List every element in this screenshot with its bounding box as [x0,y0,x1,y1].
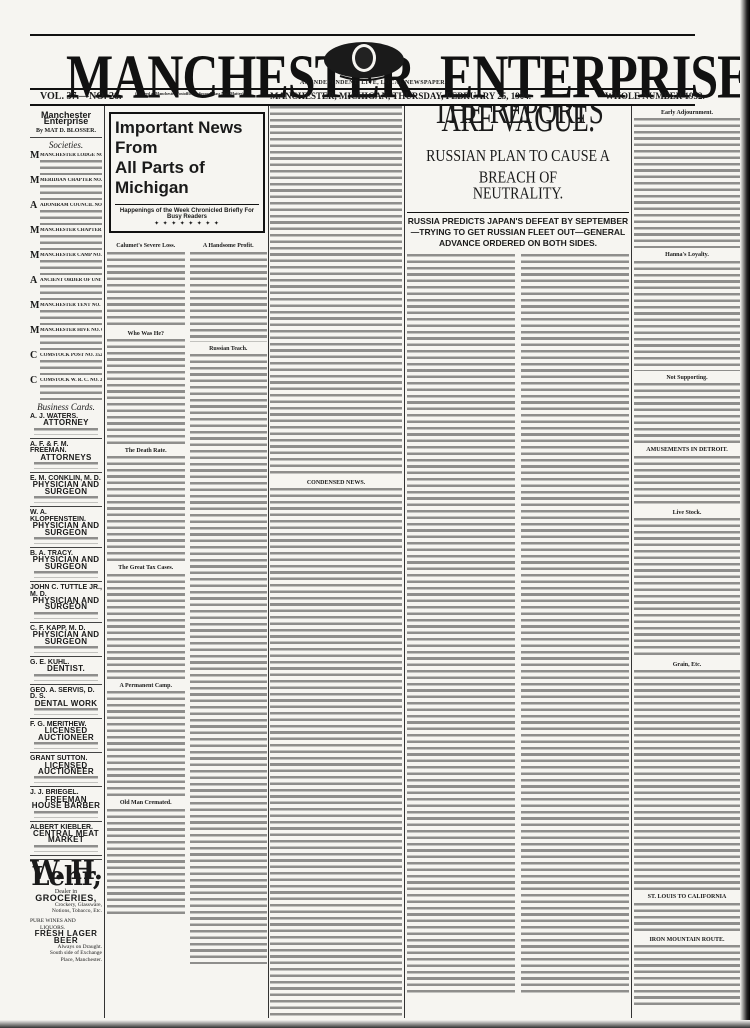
lead-deck: RUSSIA PREDICTS JAPAN'S DEFEAT BY SEPTEM… [407,212,629,249]
business-card: J. J. BRIEGEL.FREEMAN HOUSE BARBER [30,790,102,821]
article-text [634,945,740,1005]
article-text [634,383,740,443]
article-text [521,254,629,994]
society-name: ADONIRAM COUNCIL NO. 24, R. & S. M. [40,203,102,209]
column-divider [631,106,632,1018]
card-details [34,537,98,544]
article-text [270,488,402,1018]
society-details [40,310,102,325]
article-text [270,106,402,476]
michigan-news-column: Important News From All Parts of Michiga… [107,106,267,1018]
card-details [34,845,98,852]
article-text [634,118,740,248]
section-heading: IRON MOUNTAIN ROUTE. [634,937,740,943]
card-details [34,462,98,469]
society-name: COMSTOCK W. R. C. NO. 232 [40,378,102,384]
section-heading: Early Adjournment. [634,110,740,116]
page-edge-shadow [0,1020,750,1028]
society-listing: CCOMSTOCK W. R. C. NO. 232 [30,378,102,400]
section-heading: The Great Tax Cases. [107,565,185,571]
section-heading: A Handsome Profit. [190,243,268,249]
state-seal-icon [320,38,408,84]
card-details [34,612,98,619]
card-profession: DENTIST. [30,666,102,672]
section-heading: Who Was He? [107,331,185,337]
section-heading: Russian Teach. [190,346,268,352]
card-profession: PHYSICIAN AND SURGEON [30,557,102,570]
society-initial: M [30,303,39,309]
business-card: W. A. KLOPFENSTEIN.PHYSICIAN AND SURGEON [30,510,102,548]
society-details [40,160,102,175]
society-initial: M [30,178,39,184]
card-profession: PHYSICIAN AND SURGEON [30,523,102,536]
section-heading: Calumet's Severe Loss. [107,243,185,249]
business-card: A. J. WATERS.ATTORNEY [30,414,102,439]
business-card: E. M. CONKLIN, M. D.PHYSICIAN AND SURGEO… [30,476,102,507]
business-card: ALBERT KIEBLER.CENTRAL MEAT MARKET [30,825,102,856]
society-details [40,235,102,250]
page-edge-shadow [740,0,750,1028]
society-name: MANCHESTER CHAPTER NO. 60, O. E. S. [40,228,102,234]
society-initial: A [30,278,37,284]
news-column-5: Early Adjournment.Hanna's Loyalty.Not Su… [634,106,740,1018]
card-details [34,496,98,503]
article-text [107,574,185,679]
lead-story-column: THE REPORTS ARE VAGUE. RUSSIAN PLAN TO C… [407,106,629,1018]
society-name: ANCIENT ORDER OF UNITED WORKMEN [40,278,102,284]
column-divider [268,106,269,1018]
society-listing: MMERIDIAN CHAPTER NO. 48, R. A. M. [30,178,102,200]
michigan-news-banner: Important News From All Parts of Michiga… [109,112,265,233]
card-details [34,646,98,653]
column-divider [104,106,105,1018]
card-details [34,742,98,749]
place-date: MANCHESTER, MICHIGAN, THURSDAY, FEBRUARY… [270,91,531,101]
section-heading: Grain, Etc. [634,662,740,668]
lehr-ad-lager: FRESH LAGER BEER [30,931,102,944]
banner-title-1: Important News From [115,118,259,158]
card-profession: FREEMAN HOUSE BARBER [30,797,102,810]
business-card: GRANT SUTTON.LICENSED AUCTIONEER [30,756,102,787]
masthead-title-right: ENTERPRISE. [440,40,750,113]
lehr-ad-line3: Notions, Tobacco, Etc. [30,908,102,914]
society-initial: M [30,153,39,159]
business-card: JOHN C. TUTTLE JR., M. D.PHYSICIAN AND S… [30,585,102,623]
lead-subheadline-1: RUSSIAN PLAN TO CAUSE A BREACH OF [407,146,629,189]
society-name: MERIDIAN CHAPTER NO. 48, R. A. M. [40,178,102,184]
card-profession: ATTORNEY [30,420,102,426]
society-initial: C [30,378,37,384]
paper-brand: Manchester Enterprise [30,112,102,125]
article-text [634,456,740,506]
card-profession: PHYSICIAN AND SURGEON [30,482,102,495]
section-heading: The Death Rate. [107,448,185,454]
banner-title-2: All Parts of Michigan [115,158,259,198]
article-text [634,261,740,371]
section-heading: CONDENSED NEWS. [270,480,402,486]
society-listing: MMANCHESTER CAMP NO. 7438, M. W. A. [30,253,102,275]
society-initial: A [30,203,37,209]
section-heading: A Permanent Camp. [107,683,185,689]
society-listing: AANCIENT ORDER OF UNITED WORKMEN [30,278,102,300]
card-details [34,428,98,435]
masthead-tagline: AN INDEPENDENT, LIVE, LOCAL NEWSPAPER. [300,80,447,86]
society-name: COMSTOCK POST NO. 352, G. A. R. [40,353,102,359]
card-profession: CENTRAL MEAT MARKET [30,831,102,844]
newspaper-page: MANCHESTER AN INDEPENDENT, LIVE, LOCAL N… [0,0,750,1028]
card-details [34,571,98,578]
article-text [107,339,185,444]
card-details [34,776,98,783]
business-card: C. F. KAPP, M. D.PHYSICIAN AND SURGEON [30,626,102,657]
society-initial: M [30,228,39,234]
section-heading: ST. LOUIS TO CALIFORNIA [634,894,740,900]
article-text [634,670,740,890]
society-listing: MMANCHESTER CHAPTER NO. 60, O. E. S. [30,228,102,250]
society-initial: C [30,353,37,359]
card-details [34,708,98,715]
business-card: G. E. KUHL.DENTIST. [30,660,102,685]
masthead-top-rule [30,34,695,36]
society-details [40,185,102,200]
society-details [40,260,102,275]
banner-stars: ✦ ✦ ✦ ✦ ✦ ✦ ✦ ✦ [115,221,259,227]
section-heading: Hanna's Loyalty. [634,252,740,258]
society-name: MANCHESTER TENT NO. 161, L. O. T. M. [40,303,102,309]
directory-column: Manchester Enterprise By MAT D. BLOSSER.… [30,106,102,1016]
society-details [40,385,102,400]
society-listing: AADONIRAM COUNCIL NO. 24, R. & S. M. [30,203,102,225]
section-heading: Old Man Cremated. [107,800,185,806]
society-listing: MMANCHESTER HIVE NO. 686, L. O. T. M. [30,328,102,350]
card-details [34,674,98,681]
article-text [407,254,515,994]
section-heading: AMUSEMENTS IN DETROIT. [634,447,740,453]
masthead-bottom-rule [30,88,695,90]
lead-subheadline-2: NEUTRALITY. [407,184,629,206]
column-divider [404,106,405,1018]
society-name: MANCHESTER LODGE NO. 148, F. & A. M. [40,153,102,159]
card-profession: ATTORNEYS [30,455,102,461]
business-card: F. G. MERITHEW.LICENSED AUCTIONEER [30,722,102,753]
society-initial: M [30,328,39,334]
society-name: MANCHESTER HIVE NO. 686, L. O. T. M. [40,328,102,334]
section-heading: Live Stock. [634,510,740,516]
society-details [40,210,102,225]
society-initial: M [30,253,39,259]
article-text [190,354,268,964]
article-text [634,903,740,933]
lehr-ad-place: Place, Manchester. [30,957,102,963]
article-text [107,252,185,327]
card-profession: PHYSICIAN AND SURGEON [30,632,102,645]
societies-heading: Societies. [30,142,102,148]
lehr-ad-groceries: GROCERIES, [30,895,102,901]
card-profession: LICENSED AUCTIONEER [30,728,102,741]
section-heading: Not Supporting. [634,375,740,381]
article-text [107,691,185,796]
article-text [107,809,185,914]
business-card: GEO. A. SERVIS, D. D. S.DENTAL WORK [30,688,102,719]
entered-notice: (Entered at Manchester Postoffice as Sec… [135,91,244,96]
society-name: MANCHESTER CAMP NO. 7438, M. W. A. [40,253,102,259]
card-profession: LICENSED AUCTIONEER [30,763,102,776]
card-profession: PHYSICIAN AND SURGEON [30,598,102,611]
article-text [190,252,268,342]
banner-subtitle: Happenings of the Week Chronicled Briefl… [115,204,259,221]
volume-number: VOL. 37.—NO. 26. [40,91,121,102]
article-text [107,456,185,561]
article-text [634,518,740,658]
society-details [40,285,102,300]
society-listing: MMANCHESTER TENT NO. 161, L. O. T. M. [30,303,102,325]
card-profession: DENTAL WORK [30,701,102,707]
society-details [40,335,102,350]
news-column-3: CONDENSED NEWS. [270,106,402,1018]
society-details [40,360,102,375]
business-card: B. A. TRACY.PHYSICIAN AND SURGEON [30,551,102,582]
lehr-ad-name: W. H. Lehr, [30,868,102,881]
society-listing: CCOMSTOCK POST NO. 352, G. A. R. [30,353,102,375]
business-cards-heading: Business Cards. [30,404,102,410]
whole-number: WHOLE NUMBER 1952. [605,91,705,101]
card-details [34,811,98,818]
business-card: A. F. & F. M. FREEMAN.ATTORNEYS [30,442,102,473]
publisher-byline: By MAT D. BLOSSER. [30,128,102,134]
society-listing: MMANCHESTER LODGE NO. 148, F. & A. M. [30,153,102,175]
